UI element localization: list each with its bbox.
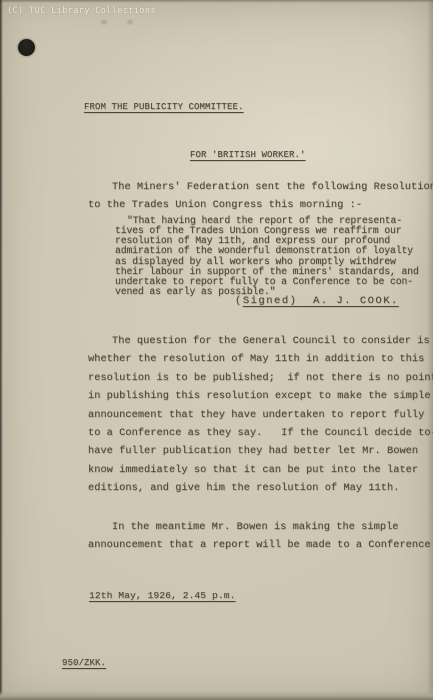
text-line: in publishing this resolution except to …	[88, 387, 433, 405]
text-line: resolution is to be published; if not th…	[88, 369, 433, 387]
document-subheading: FOR 'BRITISH WORKER.'	[190, 150, 306, 160]
text-line: have fuller publication they had better …	[88, 442, 433, 460]
document-heading: FROM THE PUBLICITY COMMITTEE.	[84, 102, 244, 112]
paragraph-question: The question for the General Council to …	[88, 332, 433, 498]
text-line: In the meantime Mr. Bowen is making the …	[112, 518, 433, 536]
smudge-mark	[127, 20, 133, 24]
text-line: whether the resolution of May 11th in ad…	[88, 350, 433, 368]
text-line: announcement that they have undertaken t…	[88, 406, 433, 424]
paragraph-intro: The Miners' Federation sent the followin…	[88, 178, 433, 215]
scanned-document-page: (C) TUC Library Collections FROM THE PUB…	[0, 0, 433, 700]
text-line: announcement that a report will be made …	[88, 536, 433, 554]
signature-line: (Signed) A. J. COOK.	[235, 295, 399, 307]
paragraph-meantime: In the meantime Mr. Bowen is making the …	[88, 518, 433, 555]
text-line: to a Conference as they say. If the Coun…	[88, 424, 433, 442]
scan-edge-left	[0, 0, 3, 700]
text-line: The question for the General Council to …	[112, 332, 433, 350]
hole-punch-mark	[18, 39, 35, 56]
text-line: The Miners' Federation sent the followin…	[112, 178, 433, 196]
date-stamp: 12th May, 1926, 2.45 p.m.	[89, 590, 235, 601]
reference-number: 950/ZKK.	[62, 658, 106, 668]
text-line: to the Trades Union Congress this mornin…	[88, 196, 433, 214]
signature-text: Signed) A. J. COOK.	[243, 295, 399, 307]
smudge-mark	[101, 20, 107, 24]
text-line: editions, and give him the resolution of…	[88, 479, 433, 497]
scan-edge-bottom	[0, 691, 433, 700]
library-watermark: (C) TUC Library Collections	[7, 6, 156, 16]
text-line: know immediately so that it can be put i…	[88, 461, 433, 479]
scan-edge-top	[0, 0, 433, 3]
signature-paren: (	[235, 295, 243, 307]
resolution-blockquote: "That having heard the report of the rep…	[115, 216, 419, 297]
